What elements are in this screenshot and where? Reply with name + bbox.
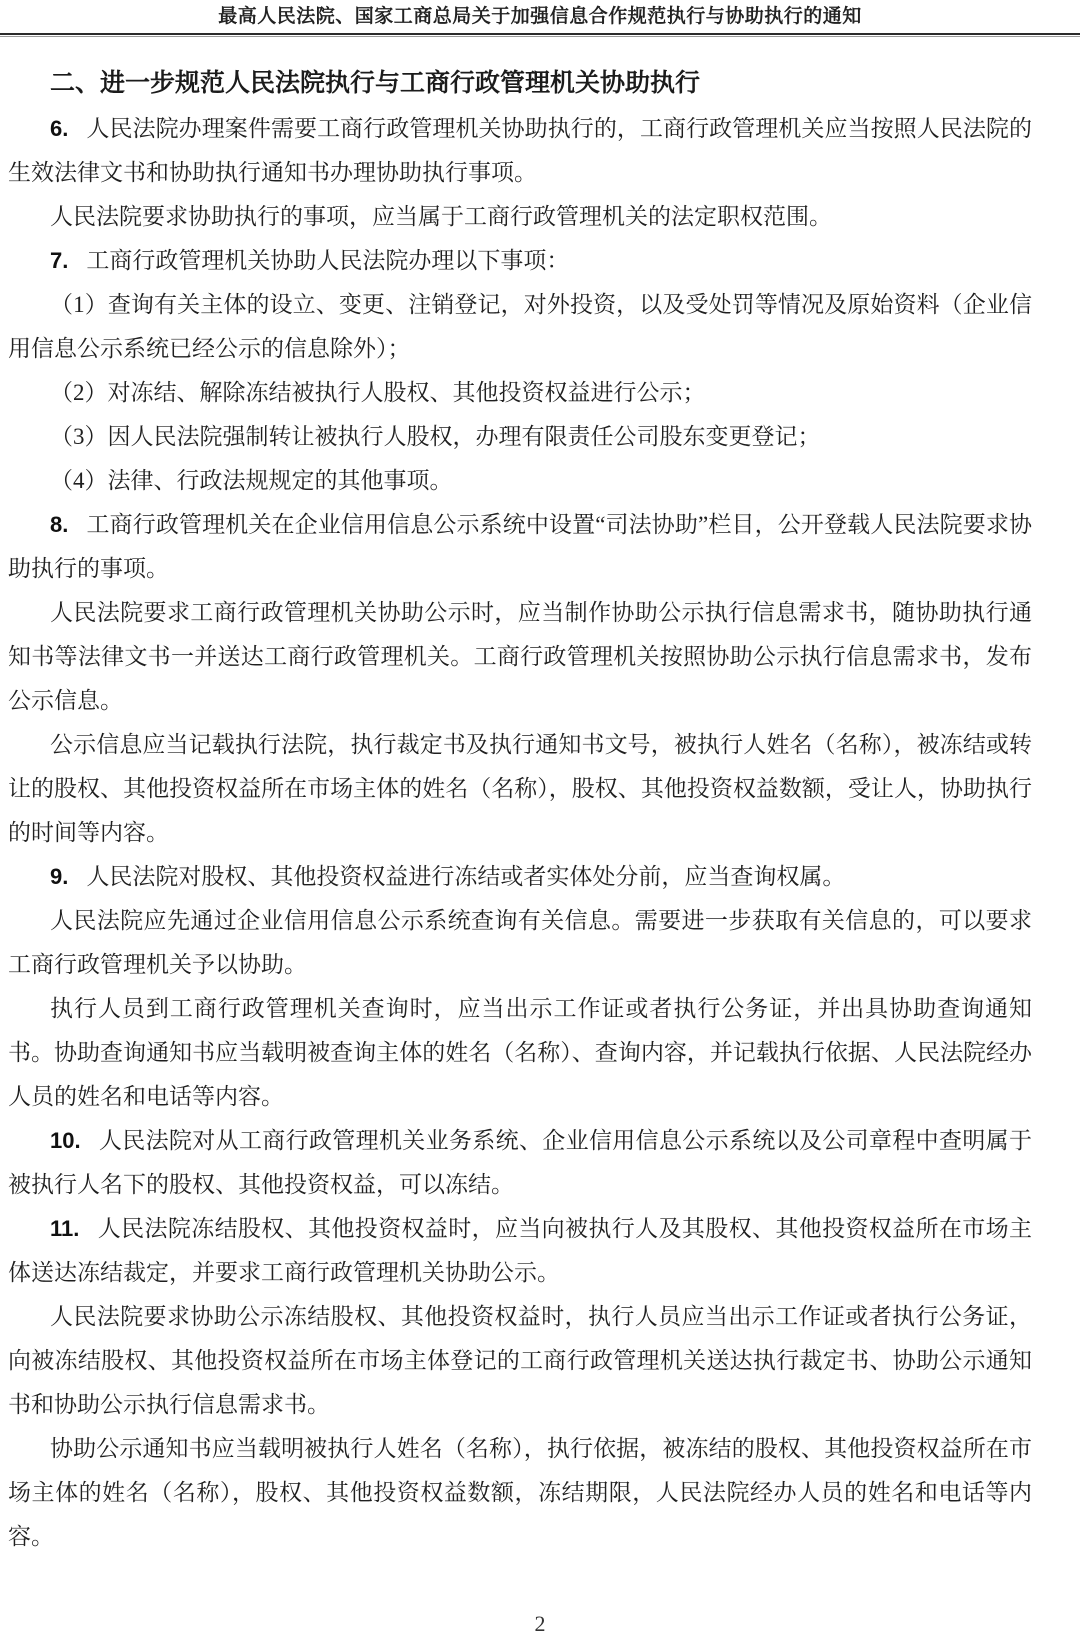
numbered-paragraph: 6.人民法院办理案件需要工商行政管理机关协助执行的，工商行政管理机关应当按照人民… [8, 107, 1032, 195]
paragraph-list: 6.人民法院办理案件需要工商行政管理机关协助执行的，工商行政管理机关应当按照人民… [8, 107, 1032, 1559]
paragraph: （4）法律、行政法规规定的其他事项。 [8, 459, 1032, 503]
numbered-paragraph: 8.工商行政管理机关在企业信用信息公示系统中设置“司法协助”栏目，公开登载人民法… [8, 503, 1032, 591]
paragraph-text: （3）因人民法院强制转让被执行人股权，办理有限责任公司股东变更登记； [50, 424, 821, 449]
section-heading: 二、进一步规范人民法院执行与工商行政管理机关协助执行 [8, 61, 1032, 107]
paragraph-text: （1）查询有关主体的设立、变更、注销登记，对外投资，以及受处罚等情况及原始资料（… [8, 292, 1032, 361]
page-header: 最高人民法院、国家工商总局关于加强信息合作规范执行与协助执行的通知 [0, 0, 1080, 37]
item-number: 10. [50, 1128, 81, 1153]
paragraph-text: 公示信息应当记载执行法院，执行裁定书及执行通知书文号，被执行人姓名（名称），被冻… [8, 732, 1032, 845]
item-number: 7. [50, 248, 68, 273]
paragraph-text: 人民法院办理案件需要工商行政管理机关协助执行的，工商行政管理机关应当按照人民法院… [8, 116, 1032, 185]
numbered-paragraph: 9.人民法院对股权、其他投资权益进行冻结或者实体处分前，应当查询权属。 [8, 855, 1032, 899]
paragraph: 公示信息应当记载执行法院，执行裁定书及执行通知书文号，被执行人姓名（名称），被冻… [8, 723, 1032, 855]
paragraph-text: （4）法律、行政法规规定的其他事项。 [50, 468, 453, 493]
paragraph: 执行人员到工商行政管理机关查询时，应当出示工作证或者执行公务证，并出具协助查询通… [8, 987, 1032, 1119]
numbered-paragraph: 10.人民法院对从工商行政管理机关业务系统、企业信用信息公示系统以及公司章程中查… [8, 1119, 1032, 1207]
paragraph: 人民法院应先通过企业信用信息公示系统查询有关信息。需要进一步获取有关信息的，可以… [8, 899, 1032, 987]
paragraph-text: 工商行政管理机关在企业信用信息公示系统中设置“司法协助”栏目，公开登载人民法院要… [8, 512, 1032, 581]
document-page: 最高人民法院、国家工商总局关于加强信息合作规范执行与协助执行的通知 二、进一步规… [0, 0, 1080, 1643]
item-number: 9. [50, 864, 68, 889]
paragraph: 协助公示通知书应当载明被执行人姓名（名称），执行依据，被冻结的股权、其他投资权益… [8, 1427, 1032, 1559]
numbered-paragraph: 11.人民法院冻结股权、其他投资权益时，应当向被执行人及其股权、其他投资权益所在… [8, 1207, 1032, 1295]
paragraph: （2）对冻结、解除冻结被执行人股权、其他投资权益进行公示； [8, 371, 1032, 415]
paragraph-text: 人民法院要求协助公示冻结股权、其他投资权益时，执行人员应当出示工作证或者执行公务… [8, 1304, 1032, 1417]
paragraph-text: 协助公示通知书应当载明被执行人姓名（名称），执行依据，被冻结的股权、其他投资权益… [8, 1436, 1032, 1549]
paragraph-text: 人民法院应先通过企业信用信息公示系统查询有关信息。需要进一步获取有关信息的，可以… [8, 908, 1032, 977]
paragraph-text: 人民法院对从工商行政管理机关业务系统、企业信用信息公示系统以及公司章程中查明属于… [8, 1128, 1032, 1197]
paragraph: 人民法院要求工商行政管理机关协助公示时，应当制作协助公示执行信息需求书，随协助执… [8, 591, 1032, 723]
paragraph-text: （2）对冻结、解除冻结被执行人股权、其他投资权益进行公示； [50, 380, 706, 405]
paragraph-text: 人民法院要求协助执行的事项，应当属于工商行政管理机关的法定职权范围。 [50, 204, 832, 229]
paragraph: 人民法院要求协助执行的事项，应当属于工商行政管理机关的法定职权范围。 [8, 195, 1032, 239]
item-number: 11. [50, 1216, 79, 1241]
page-number: 2 [0, 1611, 1080, 1637]
paragraph-text: 人民法院冻结股权、其他投资权益时，应当向被执行人及其股权、其他投资权益所在市场主… [8, 1216, 1032, 1285]
paragraph: 人民法院要求协助公示冻结股权、其他投资权益时，执行人员应当出示工作证或者执行公务… [8, 1295, 1032, 1427]
header-title: 最高人民法院、国家工商总局关于加强信息合作规范执行与协助执行的通知 [0, 5, 1080, 29]
numbered-paragraph: 7.工商行政管理机关协助人民法院办理以下事项： [8, 239, 1032, 283]
item-number: 6. [50, 116, 68, 141]
paragraph: （1）查询有关主体的设立、变更、注销登记，对外投资，以及受处罚等情况及原始资料（… [8, 283, 1032, 371]
paragraph-text: 人民法院要求工商行政管理机关协助公示时，应当制作协助公示执行信息需求书，随协助执… [8, 600, 1032, 713]
item-number: 8. [50, 512, 68, 537]
header-rule-thick-line [0, 33, 1080, 35]
paragraph-text: 人民法院对股权、其他投资权益进行冻结或者实体处分前，应当查询权属。 [86, 864, 845, 889]
paragraph-text: 执行人员到工商行政管理机关查询时，应当出示工作证或者执行公务证，并出具协助查询通… [8, 996, 1032, 1109]
paragraph: （3）因人民法院强制转让被执行人股权，办理有限责任公司股东变更登记； [8, 415, 1032, 459]
paragraph-text: 工商行政管理机关协助人民法院办理以下事项： [86, 248, 569, 273]
document-body: 二、进一步规范人民法院执行与工商行政管理机关协助执行 6.人民法院办理案件需要工… [0, 37, 1080, 1559]
